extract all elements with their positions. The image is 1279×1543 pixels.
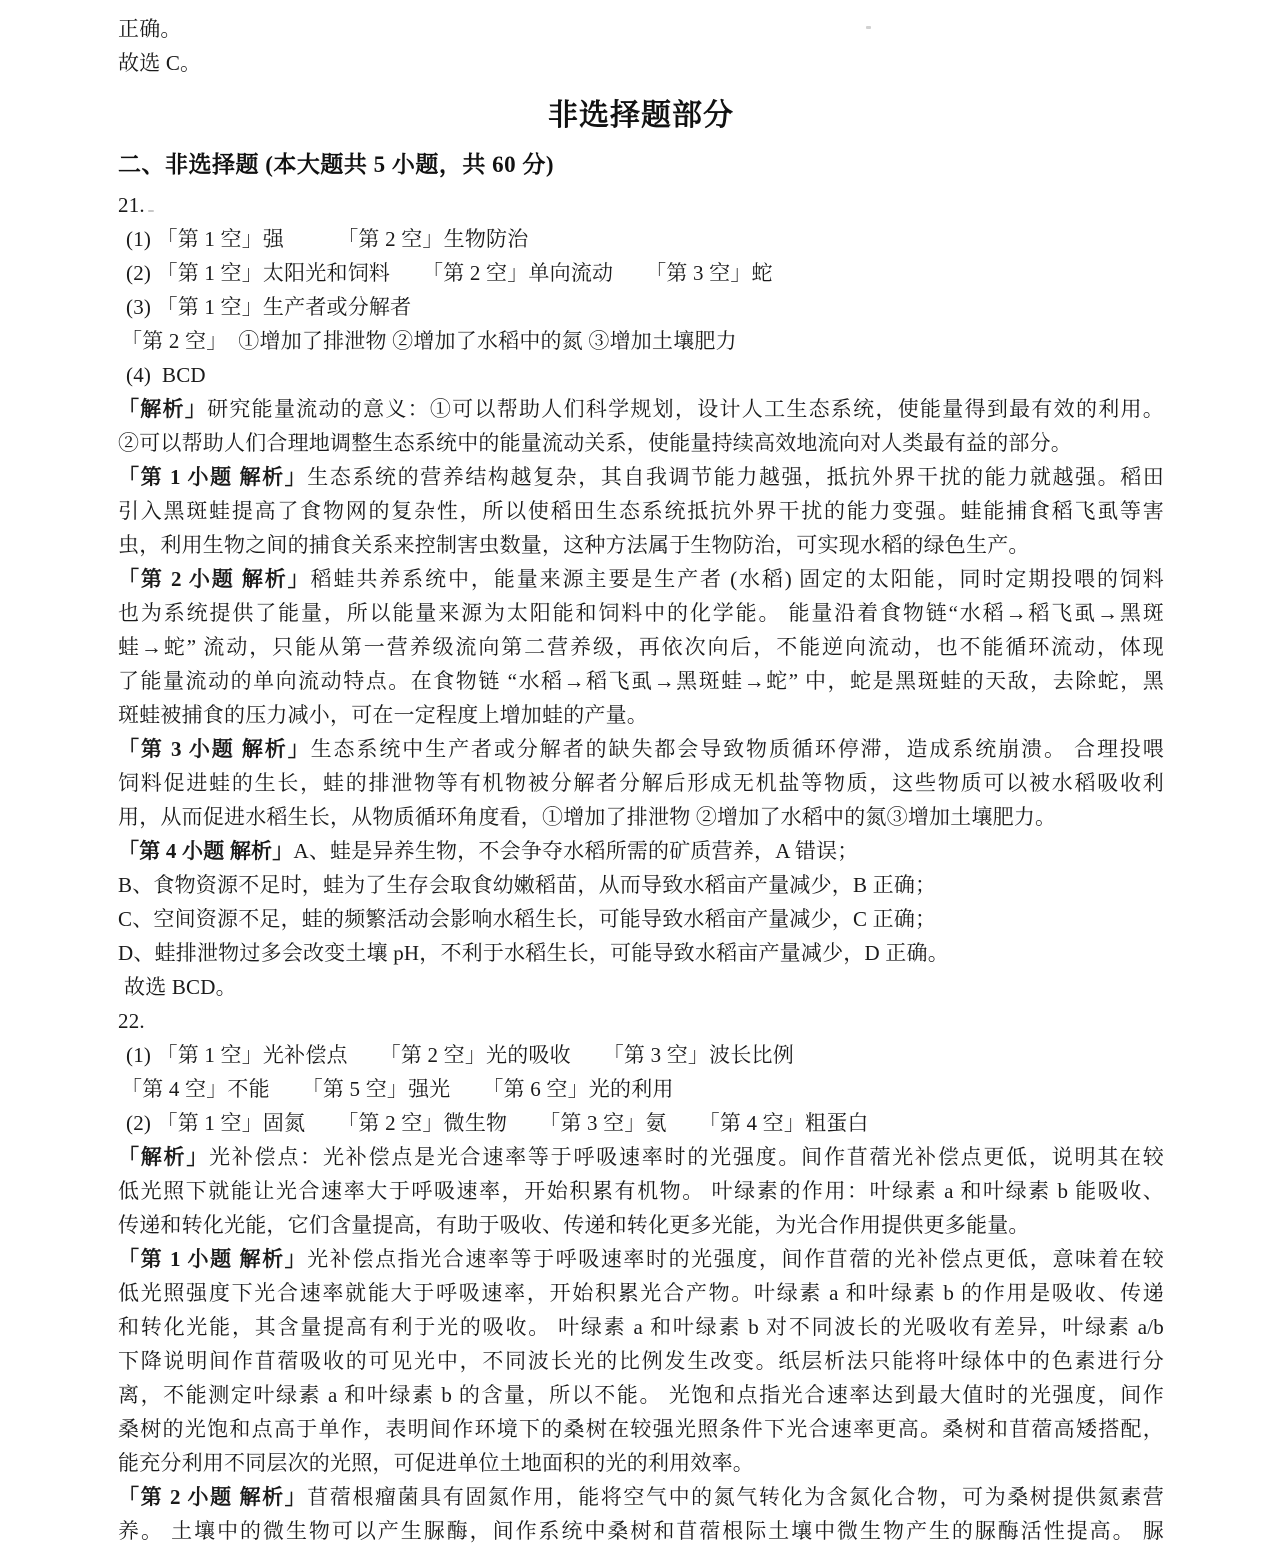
text-line: 「解析」光补偿点：光补偿点是光合速率等于呼吸速率时的光强度。间作苜蓿光补偿点更低… xyxy=(118,1140,1164,1174)
text-line: 饲料促进蛙的生长，蛙的排泄物等有机物被分解者分解后形成无机盐等物质，这些物质可以… xyxy=(118,766,1164,800)
text-run: 养。 土壤中的微生物可以产生脲酶，间作系统中桑树和苜蓿根际土壤中微生物产生的脲酶… xyxy=(118,1519,1164,1543)
text-line: 22. xyxy=(118,1004,1164,1038)
text-line: 传递和转化光能，它们含量提高，有助于吸收、传递和转化更多光能，为光合作用提供更多… xyxy=(118,1208,1164,1242)
text-line: 能充分利用不同层次的光照，可促进单位土地面积的光的利用效率。 xyxy=(118,1446,1164,1480)
text-line: (1) 「第 1 空」光补偿点 「第 2 空」光的吸收 「第 3 空」波长比例 xyxy=(126,1038,1164,1072)
text-run: A、蛙是异养生物，不会争夺水稻所需的矿质营养，A 错误； xyxy=(293,839,858,863)
text-line: 低光照强度下光合速率就能大于呼吸速率，开始积累光合产物。叶绿素 a 和叶绿素 b… xyxy=(118,1276,1164,1310)
text-run: C、空间资源不足，蛙的频繁活动会影响水稻生长，可能导致水稻亩产量减少，C 正确； xyxy=(118,907,936,931)
text-run: 低光照强度下光合速率就能大于呼吸速率，开始积累光合产物。叶绿素 a 和叶绿素 b… xyxy=(118,1281,1164,1305)
text-line: 「解析」研究能量流动的意义：①可以帮助人们科学规划，设计人工生态系统，使能量得到… xyxy=(118,392,1164,426)
text-line: 故选 BCD。 xyxy=(124,970,1164,1004)
text-line: 「第 1 小题 解析」生态系统的营养结构越复杂，其自我调节能力越强，抵抗外界干扰… xyxy=(118,460,1164,494)
text-line: 「第 1 小题 解析」光补偿点指光合速率等于呼吸速率时的光强度，间作苜蓿的光补偿… xyxy=(118,1242,1164,1276)
bold-label: 非选择题部分 xyxy=(548,99,734,132)
text-run: D、蛙排泄物过多会改变土壤 pH，不利于水稻生长，可能导致水稻亩产量减少，D 正… xyxy=(118,941,949,965)
text-line: (2) 「第 1 空」固氮 「第 2 空」微生物 「第 3 空」氨 「第 4 空… xyxy=(126,1106,1164,1140)
text-run: 也为系统提供了能量，所以能量来源为太阳能和饲料中的化学能。 能量沿着食物链“水稻… xyxy=(118,601,1164,625)
text-line: 「第 2 小题 解析」稻蛙共养系统中，能量来源主要是生产者 (水稻) 固定的太阳… xyxy=(118,562,1164,596)
text-run: 离，不能测定叶绿素 a 和叶绿素 b 的含量，所以不能。 光饱和点指光合速率达到… xyxy=(118,1383,1164,1407)
section-heading: 非选择题部分 xyxy=(118,96,1164,136)
text-run: 苜蓿根瘤菌具有固氮作用，能将空气中的氮气转化为含氮化合物，可为桑树提供氮素营 xyxy=(307,1485,1164,1509)
text-line: (4) BCD xyxy=(126,358,1164,392)
text-line: 「第 2 小题 解析」苜蓿根瘤菌具有固氮作用，能将空气中的氮气转化为含氮化合物，… xyxy=(118,1480,1164,1514)
text-run: (2) 「第 1 空」太阳光和饲料 「第 2 空」单向流动 「第 3 空」蛇 xyxy=(126,261,773,285)
text-line: 斑蛙被捕食的压力减小，可在一定程度上增加蛙的产量。 xyxy=(118,698,1164,732)
text-run: 「第 4 空」不能 「第 5 空」强光 「第 6 空」光的利用 xyxy=(121,1077,674,1101)
text-run: (1) 「第 1 空」强 「第 2 空」生物防治 xyxy=(126,227,528,251)
text-line: 下降说明间作苜蓿吸收的可见光中，不同波长光的比例发生改变。纸层析法只能将叶绿体中… xyxy=(118,1344,1164,1378)
text-line: D、蛙排泄物过多会改变土壤 pH，不利于水稻生长，可能导致水稻亩产量减少，D 正… xyxy=(118,936,1164,970)
text-run: 生态系统的营养结构越复杂，其自我调节能力越强，抵抗外界干扰的能力就越强。稻田 xyxy=(307,465,1164,489)
text-run: 饲料促进蛙的生长，蛙的排泄物等有机物被分解者分解后形成无机盐等物质，这些物质可以… xyxy=(118,771,1164,795)
text-line: B、食物资源不足时，蛙为了生存会取食幼嫩稻苗，从而导致水稻亩产量减少，B 正确； xyxy=(118,868,1164,902)
text-run: 光补偿点：光补偿点是光合速率等于呼吸速率时的光强度。间作苜蓿光补偿点更低，说明其… xyxy=(209,1145,1164,1169)
text-run: (1) 「第 1 空」光补偿点 「第 2 空」光的吸收 「第 3 空」波长比例 xyxy=(126,1043,794,1067)
text-line: 蛙→蛇” 流动，只能从第一营养级流向第二营养级，再依次向后，不能逆向流动，也不能… xyxy=(118,630,1164,664)
text-line: 正确。 xyxy=(118,12,1164,46)
bold-label: 「第 4 小题 解析」 xyxy=(118,839,293,863)
text-run: 生态系统中生产者或分解者的缺失都会导致物质循环停滞，造成系统崩溃。 合理投喂 xyxy=(311,737,1164,761)
text-line: (3) 「第 1 空」生产者或分解者 xyxy=(126,290,1164,324)
text-run: 桑树的光饱和点高于单作，表明间作环境下的桑树在较强光照条件下光合速率更高。桑树和… xyxy=(118,1417,1164,1441)
section-subheading: 二、非选择题 (本大题共 5 小题，共 60 分) xyxy=(118,146,1164,184)
document-content: 正确。故选 C。非选择题部分二、非选择题 (本大题共 5 小题，共 60 分)2… xyxy=(118,12,1164,1543)
text-line: 「第 2 空」 ①增加了排泄物 ②增加了水稻中的氮 ③增加土壤肥力 xyxy=(121,324,1164,358)
text-run: 斑蛙被捕食的压力减小，可在一定程度上增加蛙的产量。 xyxy=(118,703,648,727)
bold-label: 二、非选择题 (本大题共 5 小题，共 60 分) xyxy=(118,152,554,177)
text-run: 正确。 xyxy=(118,17,182,41)
bold-label: 「第 1 小题 解析」 xyxy=(118,465,307,489)
bold-label: 「第 2 小题 解析」 xyxy=(118,567,311,591)
text-run: 蛙→蛇” 流动，只能从第一营养级流向第二营养级，再依次向后，不能逆向流动，也不能… xyxy=(118,635,1164,659)
text-run: 了能量流动的单向流动特点。在食物链 “水稻→稻飞虱→黑斑蛙→蛇” 中，蛇是黑斑蛙… xyxy=(118,669,1164,693)
text-line: 引入黑斑蛙提高了食物网的复杂性，所以使稻田生态系统抵抗外界干扰的能力变强。蛙能捕… xyxy=(118,494,1164,528)
text-line: 养。 土壤中的微生物可以产生脲酶，间作系统中桑树和苜蓿根际土壤中微生物产生的脲酶… xyxy=(118,1514,1164,1543)
text-line: 「第 3 小题 解析」生态系统中生产者或分解者的缺失都会导致物质循环停滞，造成系… xyxy=(118,732,1164,766)
text-line: 「第 4 空」不能 「第 5 空」强光 「第 6 空」光的利用 xyxy=(121,1072,1164,1106)
text-run: 和转化光能，其含量提高有利于光的吸收。 叶绿素 a 和叶绿素 b 对不同波长的光… xyxy=(118,1315,1164,1339)
text-line: 和转化光能，其含量提高有利于光的吸收。 叶绿素 a 和叶绿素 b 对不同波长的光… xyxy=(118,1310,1164,1344)
text-run: ②可以帮助人们合理地调整生态系统中的能量流动关系，使能量持续高效地流向对人类最有… xyxy=(118,431,1072,455)
text-run: 光补偿点指光合速率等于呼吸速率时的光强度，间作苜蓿的光补偿点更低，意味着在较 xyxy=(307,1247,1164,1271)
text-line: 用，从而促进水稻生长，从物质循环角度看，①增加了排泄物 ②增加了水稻中的氮③增加… xyxy=(118,800,1164,834)
text-run: 故选 BCD。 xyxy=(124,975,237,999)
text-run: 21. xyxy=(118,193,145,217)
text-line: 桑树的光饱和点高于单作，表明间作环境下的桑树在较强光照条件下光合速率更高。桑树和… xyxy=(118,1412,1164,1446)
text-line: 了能量流动的单向流动特点。在食物链 “水稻→稻飞虱→黑斑蛙→蛇” 中，蛇是黑斑蛙… xyxy=(118,664,1164,698)
text-run: 下降说明间作苜蓿吸收的可见光中，不同波长光的比例发生改变。纸层析法只能将叶绿体中… xyxy=(118,1349,1164,1373)
text-line: C、空间资源不足，蛙的频繁活动会影响水稻生长，可能导致水稻亩产量减少，C 正确； xyxy=(118,902,1164,936)
text-run: 引入黑斑蛙提高了食物网的复杂性，所以使稻田生态系统抵抗外界干扰的能力变强。蛙能捕… xyxy=(118,499,1164,523)
text-line: 故选 C。 xyxy=(118,46,1164,80)
text-line: (1) 「第 1 空」强 「第 2 空」生物防治 xyxy=(126,222,1164,256)
text-line: 虫，利用生物之间的捕食关系来控制害虫数量，这种方法属于生物防治，可实现水稻的绿色… xyxy=(118,528,1164,562)
text-run: (4) BCD xyxy=(126,363,206,387)
text-run: 研究能量流动的意义：①可以帮助人们科学规划，设计人工生态系统，使能量得到最有效的… xyxy=(207,397,1164,421)
text-line: ②可以帮助人们合理地调整生态系统中的能量流动关系，使能量持续高效地流向对人类最有… xyxy=(118,426,1164,460)
text-run: 虫，利用生物之间的捕食关系来控制害虫数量，这种方法属于生物防治，可实现水稻的绿色… xyxy=(118,533,1030,557)
bold-label: 「第 1 小题 解析」 xyxy=(118,1247,307,1271)
text-run: 故选 C。 xyxy=(118,51,201,75)
text-run: 稻蛙共养系统中，能量来源主要是生产者 (水稻) 固定的太阳能，同时定期投喂的饲料 xyxy=(311,567,1164,591)
document-page: 正确。故选 C。非选择题部分二、非选择题 (本大题共 5 小题，共 60 分)2… xyxy=(0,0,1279,1543)
text-run: (2) 「第 1 空」固氮 「第 2 空」微生物 「第 3 空」氨 「第 4 空… xyxy=(126,1111,869,1135)
text-run: 低光照下就能让光合速率大于呼吸速率，开始积累有机物。 叶绿素的作用：叶绿素 a … xyxy=(118,1179,1164,1203)
bold-label: 「解析」 xyxy=(118,1145,209,1169)
text-line: 21. xyxy=(118,188,1164,222)
text-line: (2) 「第 1 空」太阳光和饲料 「第 2 空」单向流动 「第 3 空」蛇 xyxy=(126,256,1164,290)
text-run: 用，从而促进水稻生长，从物质循环角度看，①增加了排泄物 ②增加了水稻中的氮③增加… xyxy=(118,805,1056,829)
text-line: 也为系统提供了能量，所以能量来源为太阳能和饲料中的化学能。 能量沿着食物链“水稻… xyxy=(118,596,1164,630)
bold-label: 「解析」 xyxy=(118,397,207,421)
bold-label: 「第 2 小题 解析」 xyxy=(118,1485,307,1509)
text-run: 22. xyxy=(118,1009,145,1033)
text-line: 离，不能测定叶绿素 a 和叶绿素 b 的含量，所以不能。 光饱和点指光合速率达到… xyxy=(118,1378,1164,1412)
text-run: 能充分利用不同层次的光照，可促进单位土地面积的光的利用效率。 xyxy=(118,1451,754,1475)
text-line: 低光照下就能让光合速率大于呼吸速率，开始积累有机物。 叶绿素的作用：叶绿素 a … xyxy=(118,1174,1164,1208)
text-run: B、食物资源不足时，蛙为了生存会取食幼嫩稻苗，从而导致水稻亩产量减少，B 正确； xyxy=(118,873,936,897)
text-line: 「第 4 小题 解析」A、蛙是异养生物，不会争夺水稻所需的矿质营养，A 错误； xyxy=(118,834,1164,868)
text-run: 「第 2 空」 ①增加了排泄物 ②增加了水稻中的氮 ③增加土壤肥力 xyxy=(121,329,737,353)
text-run: 传递和转化光能，它们含量提高，有助于吸收、传递和转化更多光能，为光合作用提供更多… xyxy=(118,1213,1030,1237)
bold-label: 「第 3 小题 解析」 xyxy=(118,737,311,761)
text-run: (3) 「第 1 空」生产者或分解者 xyxy=(126,295,411,319)
